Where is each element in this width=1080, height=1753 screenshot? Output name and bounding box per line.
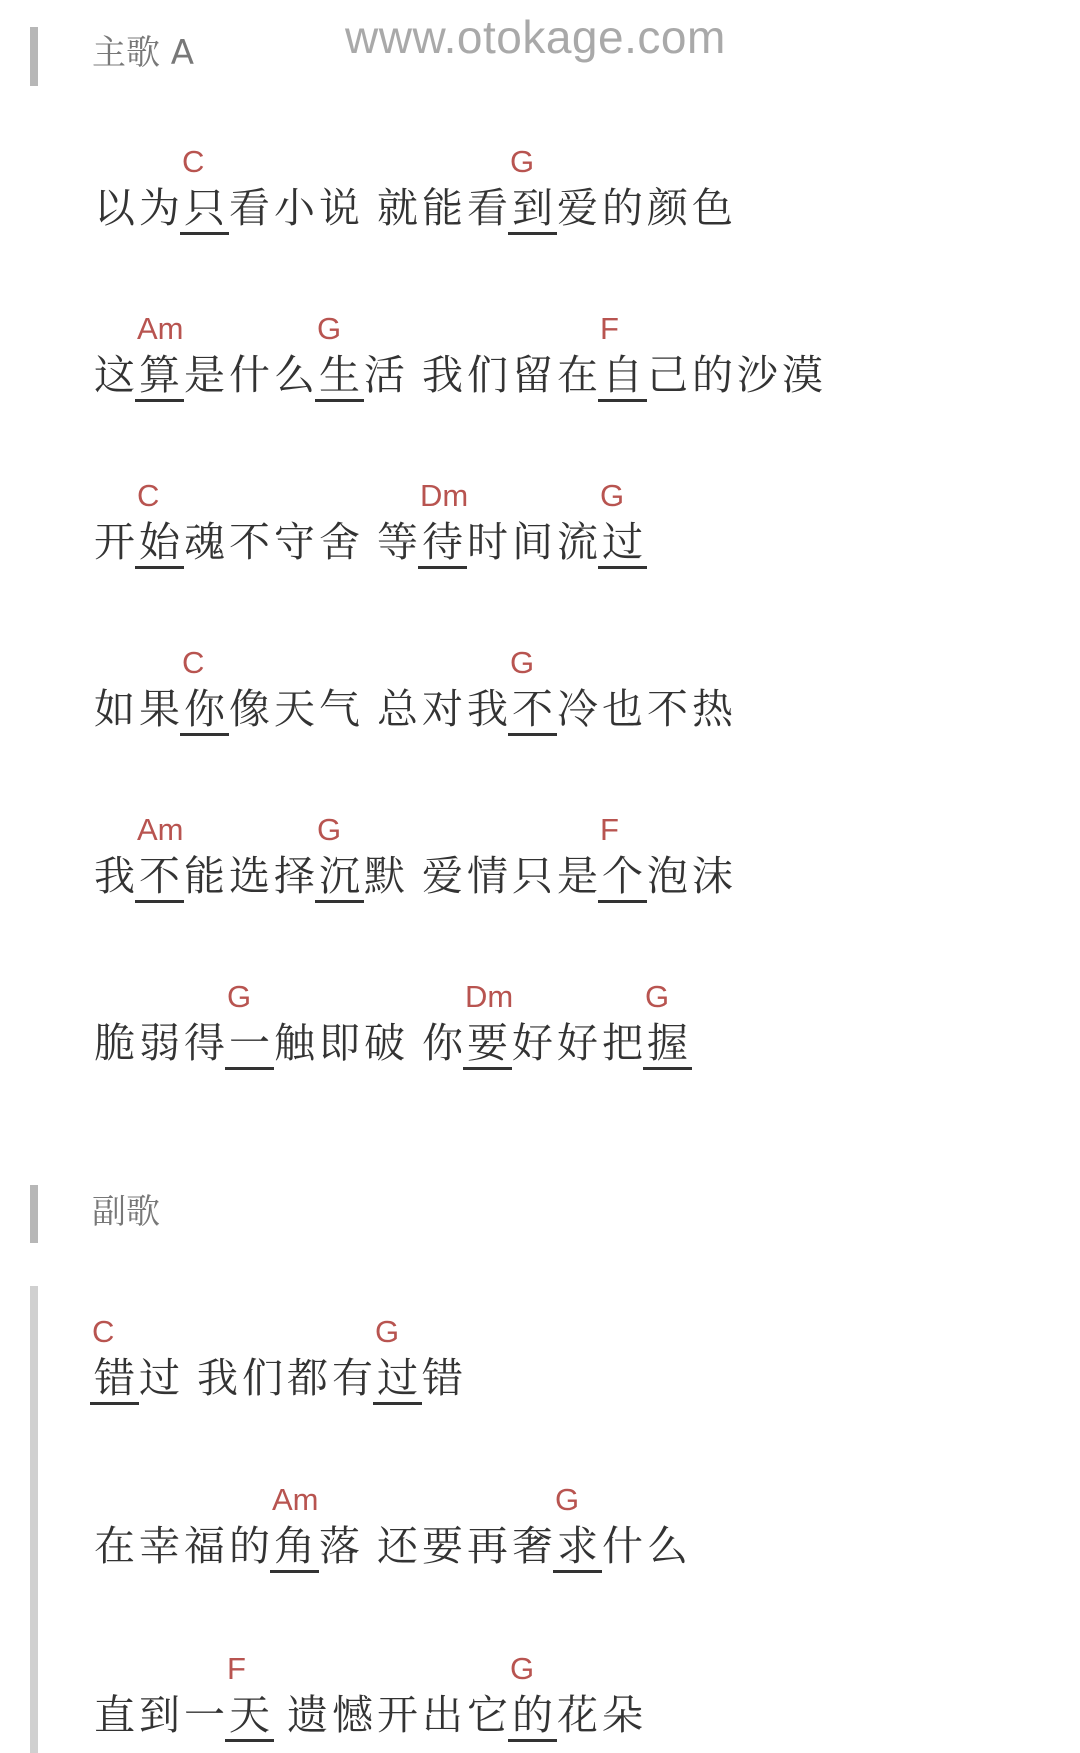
chorded-syllable: 过G (375, 1355, 420, 1401)
lyric-char (272, 1692, 285, 1738)
lyric-char: 们 (465, 352, 510, 398)
lyric-text (362, 184, 375, 232)
lyric-text: 己 (647, 351, 688, 399)
lyric-char: 它 (465, 1692, 510, 1738)
lyric-char: 小 (272, 185, 317, 231)
lyric-text: 是 (557, 852, 598, 900)
lyric-text: 沫 (692, 852, 733, 900)
lyric-text: 有 (332, 1354, 373, 1402)
lyric-char: 是 (182, 352, 227, 398)
lyric-char: 间 (510, 519, 555, 565)
lyric-char (182, 1355, 195, 1401)
lyric-text: 选 (229, 852, 270, 900)
chorus-rule (30, 1286, 38, 1753)
chord-label: G (600, 479, 624, 513)
lyric-text: 求 (557, 1522, 598, 1570)
chord-label: G (645, 980, 669, 1014)
lyric-char: 选 (227, 853, 272, 899)
chorded-syllable: 不Am (137, 853, 182, 899)
lyric-char: 的 (227, 1523, 272, 1569)
section-label-verse: 主歌 A (92, 33, 194, 73)
lyric-char: 再 (465, 1523, 510, 1569)
lyric-text: 错 (422, 1354, 463, 1402)
lyric-char: 说 (317, 185, 362, 231)
lyric-text: 以 (94, 184, 135, 232)
lyric-text: 们 (467, 351, 508, 399)
lyric-char: 的 (690, 352, 735, 398)
lyric-char: 们 (240, 1355, 285, 1401)
lyric-text: 生 (319, 351, 360, 399)
lyric-char: 遗 (285, 1692, 330, 1738)
lyric-text: 它 (467, 1691, 508, 1739)
lyric-text: 握 (647, 1019, 688, 1067)
lyric-char: 奢 (510, 1523, 555, 1569)
lyric-text: 热 (692, 685, 733, 733)
lyric-text: 还 (377, 1522, 418, 1570)
lyric-text: 角 (274, 1522, 315, 1570)
chord-label: C (92, 1315, 114, 1349)
lyric-text: 触 (274, 1019, 315, 1067)
lyric-text: 你 (184, 685, 225, 733)
lyric-text: 什 (602, 1522, 643, 1570)
lyric-text: 弱 (139, 1019, 180, 1067)
chord-label: G (317, 312, 341, 346)
lyric-text: 都 (287, 1354, 328, 1402)
lyric-text: 你 (422, 1019, 463, 1067)
lyric-text: 过 (602, 518, 643, 566)
lyric-char: 的 (600, 185, 645, 231)
lyric-char: 要 (420, 1523, 465, 1569)
lyric-char: 气 (317, 686, 362, 732)
lyric-text: 颜 (647, 184, 688, 232)
lyric-text: 好 (557, 1019, 598, 1067)
lyric-char: 能 (182, 853, 227, 899)
lyric-char: 时 (465, 519, 510, 565)
lyric-char: 破 (362, 1020, 407, 1066)
lyric-char: 果 (137, 686, 182, 732)
lyric-text: 对 (422, 685, 463, 733)
lyric-text: 始 (139, 518, 180, 566)
lyric-text: 只 (184, 184, 225, 232)
chorded-syllable: 错C (92, 1355, 137, 1401)
lyric-text: 把 (602, 1019, 643, 1067)
lyric-char: 直 (92, 1692, 137, 1738)
lyric-char: 看 (465, 185, 510, 231)
lyric-row: 这算Am是什么生G活 我们留在自F己的沙漠 (92, 352, 825, 398)
lyric-char: 舍 (317, 519, 362, 565)
lyric-text: 爱 (422, 852, 463, 900)
lyric-char: 我 (465, 686, 510, 732)
lyric-char: 沫 (690, 853, 735, 899)
lyric-char: 颜 (645, 185, 690, 231)
lyric-text: 开 (377, 1691, 418, 1739)
lyric-char: 开 (375, 1692, 420, 1738)
lyric-text: 们 (242, 1354, 283, 1402)
lyric-text: 好 (512, 1019, 553, 1067)
lyric-text: 一 (184, 1691, 225, 1739)
lyric-text (272, 1691, 285, 1739)
lyric-char (362, 686, 375, 732)
lyric-char: 择 (272, 853, 317, 899)
chord-label: Am (137, 312, 184, 346)
lyric-char: 花 (555, 1692, 600, 1738)
chorded-syllable: 一G (227, 1020, 272, 1066)
chorded-syllable: 过G (600, 519, 645, 565)
lyric-text: 一 (229, 1019, 270, 1067)
chord-label: C (182, 145, 204, 179)
lyric-char: 弱 (137, 1020, 182, 1066)
lyric-text: 沙 (737, 351, 778, 399)
lyric-char: 触 (272, 1020, 317, 1066)
lyric-char: 么 (645, 1523, 690, 1569)
lyric-text: 小 (274, 184, 315, 232)
lyric-row: 错C过 我们都有过G错 (92, 1355, 465, 1401)
lyric-text: 流 (557, 518, 598, 566)
chorded-syllable: 沉G (317, 853, 362, 899)
lyric-text: 脆 (94, 1019, 135, 1067)
lyric-char: 看 (227, 185, 272, 231)
lyric-row: 脆弱得一G触即破 你要Dm好好把握G (92, 1020, 690, 1066)
lyric-char: 幸 (137, 1523, 182, 1569)
lyric-char: 朵 (600, 1692, 645, 1738)
lyric-char: 把 (600, 1020, 645, 1066)
lyric-text: 爱 (557, 184, 598, 232)
lyric-char: 都 (285, 1355, 330, 1401)
lyric-char: 得 (182, 1020, 227, 1066)
chorded-syllable: 始C (137, 519, 182, 565)
lyric-text: 我 (422, 351, 463, 399)
section-marker-bar (30, 1185, 38, 1243)
lyric-char: 流 (555, 519, 600, 565)
lyric-text: 出 (422, 1691, 463, 1739)
lyric-char: 色 (690, 185, 735, 231)
lyric-text: 到 (512, 184, 553, 232)
lyric-text (362, 518, 375, 566)
chord-label: F (600, 312, 619, 346)
lyric-text: 就 (377, 184, 418, 232)
lyric-text: 待 (422, 518, 463, 566)
lyric-char: 错 (420, 1355, 465, 1401)
lyric-char: 一 (182, 1692, 227, 1738)
lyric-text: 在 (94, 1522, 135, 1570)
lyric-char: 出 (420, 1692, 465, 1738)
lyric-text: 也 (602, 685, 643, 733)
chorded-syllable: 算Am (137, 352, 182, 398)
lyric-text: 间 (512, 518, 553, 566)
lyric-char: 冷 (555, 686, 600, 732)
chord-label: G (510, 145, 534, 179)
lyric-text: 福 (184, 1522, 225, 1570)
chorded-syllable: 只C (182, 185, 227, 231)
lyric-text: 我 (94, 852, 135, 900)
chord-label: Dm (420, 479, 468, 513)
lyric-text (182, 1354, 195, 1402)
lyric-char: 我 (195, 1355, 240, 1401)
lyric-text: 个 (602, 852, 643, 900)
lyric-char (407, 1020, 420, 1066)
lyric-char: 福 (182, 1523, 227, 1569)
lyric-text: 总 (377, 685, 418, 733)
lyric-text: 遗 (287, 1691, 328, 1739)
lyric-char: 什 (600, 1523, 645, 1569)
lyric-text: 不 (229, 518, 270, 566)
chorded-syllable: 个F (600, 853, 645, 899)
lyric-text: 像 (229, 685, 270, 733)
lyric-char: 留 (510, 352, 555, 398)
lyric-row: 直到一天F 遗憾开出它的G花朵 (92, 1692, 645, 1738)
lyric-text: 奢 (512, 1522, 553, 1570)
lyric-char: 像 (227, 686, 272, 732)
lyric-row: 开始C魂不守舍 等待Dm时间流过G (92, 519, 645, 565)
lyric-text: 到 (139, 1691, 180, 1739)
lyric-char: 即 (317, 1020, 362, 1066)
chorded-syllable: 角Am (272, 1523, 317, 1569)
lyric-char: 在 (555, 352, 600, 398)
chord-label: Dm (465, 980, 513, 1014)
lyric-char: 为 (137, 185, 182, 231)
chord-label: Am (272, 1483, 319, 1517)
chord-label: C (137, 479, 159, 513)
lyric-text: 过 (139, 1354, 180, 1402)
lyric-char: 以 (92, 185, 137, 231)
lyric-char (407, 352, 420, 398)
chord-label: G (510, 646, 534, 680)
lyric-text: 么 (647, 1522, 688, 1570)
lyric-row: 我不Am能选择沉G默 爱情只是个F泡沫 (92, 853, 735, 899)
lyric-text (362, 1522, 375, 1570)
lyric-char: 热 (690, 686, 735, 732)
lyric-text: 色 (692, 184, 733, 232)
watermark: www.otokage.com (345, 10, 726, 64)
chord-label: F (227, 1652, 246, 1686)
chorded-syllable: 生G (317, 352, 362, 398)
lyric-char: 泡 (645, 853, 690, 899)
lyric-char: 这 (92, 352, 137, 398)
lyric-text: 守 (274, 518, 315, 566)
lyric-char: 对 (420, 686, 465, 732)
lyric-text: 默 (364, 852, 405, 900)
lyric-text: 择 (274, 852, 315, 900)
lyric-char: 爱 (420, 853, 465, 899)
lyric-char: 己 (645, 352, 690, 398)
lyric-text: 幸 (139, 1522, 180, 1570)
lyric-text: 等 (377, 518, 418, 566)
lyric-text: 看 (229, 184, 270, 232)
lyric-text: 沉 (319, 852, 360, 900)
lyric-text: 看 (467, 184, 508, 232)
lyric-char: 你 (420, 1020, 465, 1066)
lyric-char: 活 (362, 352, 407, 398)
lyric-text: 天 (274, 685, 315, 733)
lyric-text: 即 (319, 1019, 360, 1067)
lyric-text: 错 (94, 1354, 135, 1402)
chord-label: G (375, 1315, 399, 1349)
lyric-char: 在 (92, 1523, 137, 1569)
lyric-text: 的 (692, 351, 733, 399)
lyric-text: 为 (139, 184, 180, 232)
lyric-text: 舍 (319, 518, 360, 566)
chord-label: G (227, 980, 251, 1014)
lyric-text: 是 (184, 351, 225, 399)
lyric-char: 漠 (780, 352, 825, 398)
lyric-text: 么 (274, 351, 315, 399)
chorded-syllable: 天F (227, 1692, 272, 1738)
lyric-char: 不 (227, 519, 272, 565)
lyric-text: 活 (364, 351, 405, 399)
lyric-text: 的 (512, 1691, 553, 1739)
chorded-syllable: 自F (600, 352, 645, 398)
lyric-text: 不 (512, 685, 553, 733)
lyric-text: 落 (319, 1522, 360, 1570)
lyric-text: 得 (184, 1019, 225, 1067)
lyric-char: 默 (362, 853, 407, 899)
lyric-char: 么 (272, 352, 317, 398)
chord-label: Am (137, 813, 184, 847)
lyric-text: 破 (364, 1019, 405, 1067)
lyric-text: 算 (139, 351, 180, 399)
lyric-text: 气 (319, 685, 360, 733)
lyric-text: 情 (467, 852, 508, 900)
lyric-text: 泡 (647, 852, 688, 900)
lyric-text: 如 (94, 685, 135, 733)
lyric-text: 开 (94, 518, 135, 566)
lyric-text: 冷 (557, 685, 598, 733)
lyric-char: 也 (600, 686, 645, 732)
lyric-text (407, 1019, 420, 1067)
lyric-char: 什 (227, 352, 272, 398)
lyric-char: 情 (465, 853, 510, 899)
chord-label: G (510, 1652, 534, 1686)
lyric-char: 守 (272, 519, 317, 565)
lyric-text: 直 (94, 1691, 135, 1739)
chorded-syllable: 求G (555, 1523, 600, 1569)
lyric-char: 天 (272, 686, 317, 732)
section-marker-bar (30, 27, 38, 86)
lyric-text (407, 852, 420, 900)
lyric-char: 如 (92, 686, 137, 732)
lyric-char: 还 (375, 1523, 420, 1569)
lyric-text: 不 (647, 685, 688, 733)
chorded-syllable: 到G (510, 185, 555, 231)
lyric-char: 好 (555, 1020, 600, 1066)
lyric-text: 能 (422, 184, 463, 232)
lyric-text (362, 685, 375, 733)
chorded-syllable: 要Dm (465, 1020, 510, 1066)
lyric-char: 沙 (735, 352, 780, 398)
lyric-char: 我 (92, 853, 137, 899)
lyric-text: 魂 (184, 518, 225, 566)
lyric-char: 我 (420, 352, 465, 398)
lyric-text (407, 351, 420, 399)
chorded-syllable: 你C (182, 686, 227, 732)
lyric-text: 漠 (782, 351, 823, 399)
chord-label: G (555, 1483, 579, 1517)
lyric-char: 过 (137, 1355, 182, 1401)
lyric-char: 爱 (555, 185, 600, 231)
lyric-text: 在 (557, 351, 598, 399)
lyric-text: 什 (229, 351, 270, 399)
lyric-char: 总 (375, 686, 420, 732)
lyric-char: 能 (420, 185, 465, 231)
lyric-text: 我 (197, 1354, 238, 1402)
lyric-char: 就 (375, 185, 420, 231)
lyric-char: 憾 (330, 1692, 375, 1738)
lyric-text: 再 (467, 1522, 508, 1570)
lyric-text: 不 (139, 852, 180, 900)
lyric-char: 不 (645, 686, 690, 732)
lyric-text: 天 (229, 1691, 270, 1739)
lyric-char: 脆 (92, 1020, 137, 1066)
chord-label: F (600, 813, 619, 847)
lyric-char: 好 (510, 1020, 555, 1066)
lyric-text: 我 (467, 685, 508, 733)
lyric-text: 能 (184, 852, 225, 900)
chord-label: C (182, 646, 204, 680)
lyric-row: 在幸福的角Am落 还要再奢求G什么 (92, 1523, 690, 1569)
lyric-text: 要 (467, 1019, 508, 1067)
lyric-char: 落 (317, 1523, 362, 1569)
lyric-char: 魂 (182, 519, 227, 565)
chorded-syllable: 握G (645, 1020, 690, 1066)
chorded-syllable: 的G (510, 1692, 555, 1738)
chorded-syllable: 待Dm (420, 519, 465, 565)
lyric-text: 只 (512, 852, 553, 900)
lyric-char: 开 (92, 519, 137, 565)
lyric-text: 过 (377, 1354, 418, 1402)
lyric-text: 这 (94, 351, 135, 399)
lyric-text: 自 (602, 351, 643, 399)
lyric-char: 是 (555, 853, 600, 899)
lyric-text: 留 (512, 351, 553, 399)
lyric-text: 说 (319, 184, 360, 232)
lyric-char: 有 (330, 1355, 375, 1401)
lyric-text: 果 (139, 685, 180, 733)
lyric-text: 的 (602, 184, 643, 232)
lyric-text: 的 (229, 1522, 270, 1570)
lyric-text: 要 (422, 1522, 463, 1570)
lyric-char (407, 853, 420, 899)
lyric-char (362, 519, 375, 565)
lyric-text: 时 (467, 518, 508, 566)
lyric-text: 花 (557, 1691, 598, 1739)
lyric-row: 如果你C像天气 总对我不G冷也不热 (92, 686, 735, 732)
lyric-char: 只 (510, 853, 555, 899)
chord-label: G (317, 813, 341, 847)
lyric-char (362, 1523, 375, 1569)
lyric-char: 等 (375, 519, 420, 565)
section-label-chorus: 副歌 (92, 1192, 160, 1232)
lyric-row: 以为只C看小说 就能看到G爱的颜色 (92, 185, 735, 231)
lyric-text: 朵 (602, 1691, 643, 1739)
lyric-char: 到 (137, 1692, 182, 1738)
lyric-text: 憾 (332, 1691, 373, 1739)
lyric-char (362, 185, 375, 231)
chorded-syllable: 不G (510, 686, 555, 732)
